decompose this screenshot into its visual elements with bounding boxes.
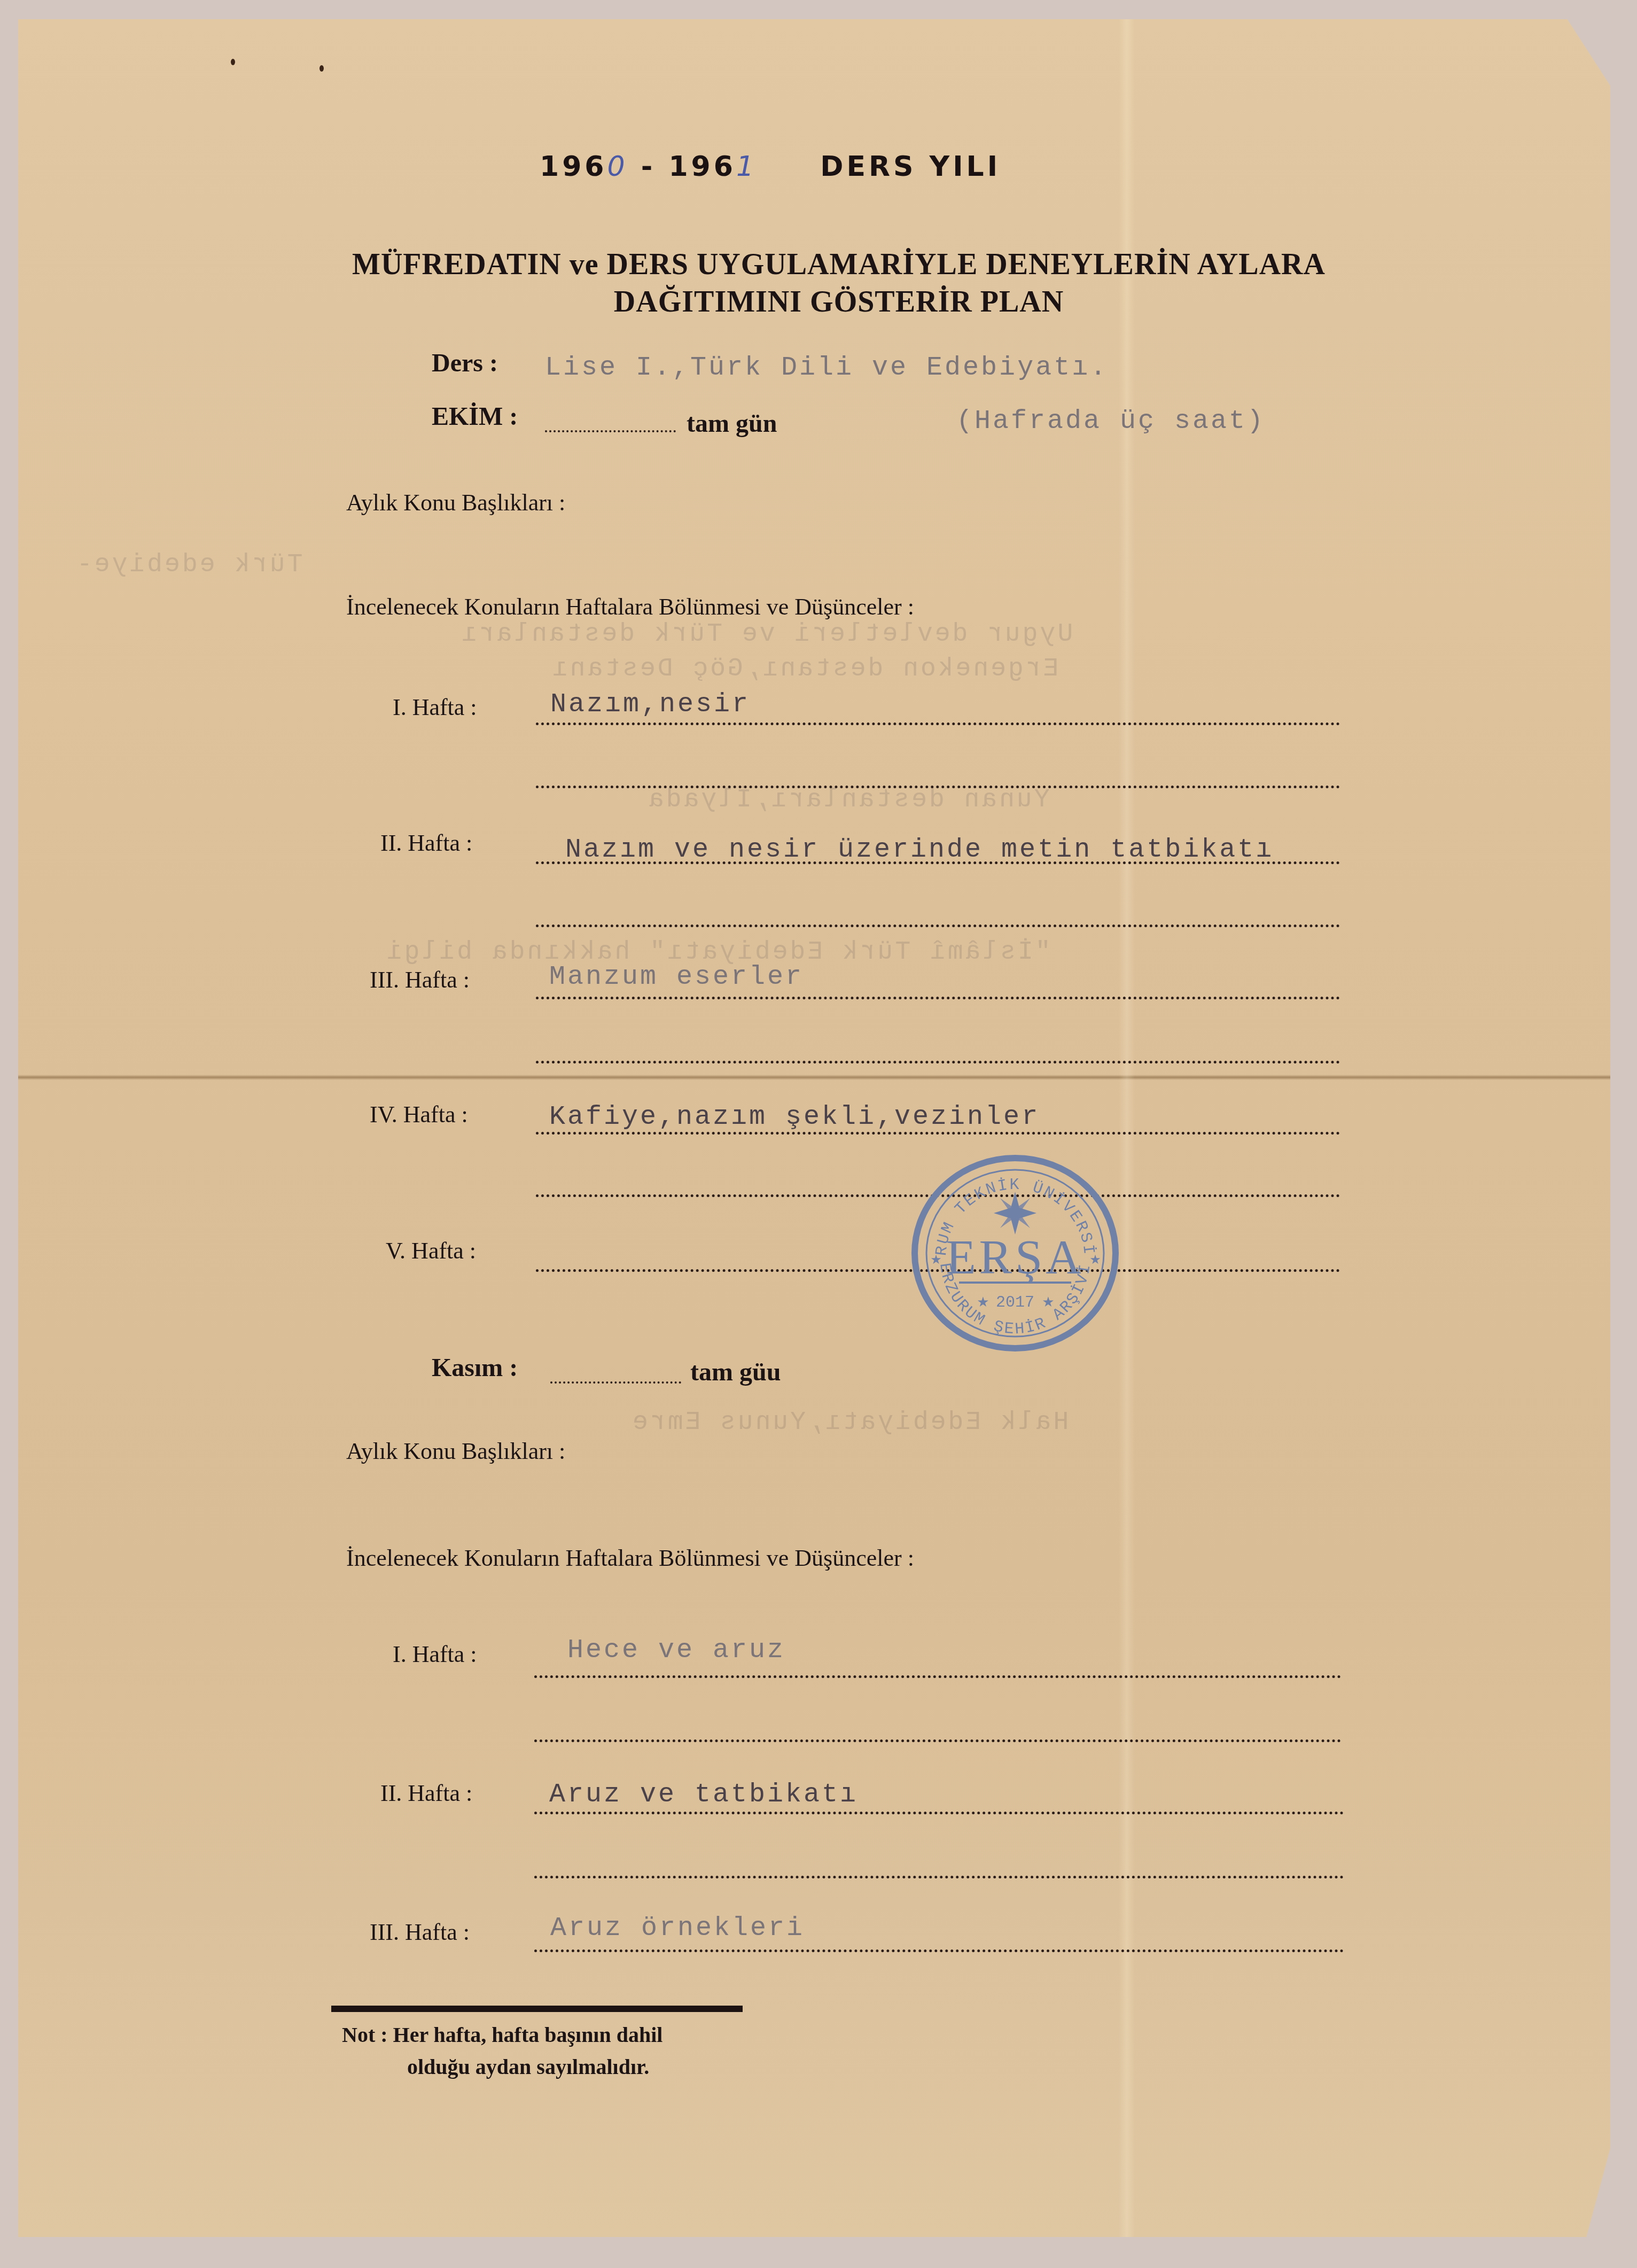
year-end-handwritten: 1 [736,151,757,183]
kasim-week-2-value: Aruz ve tatbikatı [549,1780,858,1810]
kasim-topics-label: Aylık Konu Başlıkları : [346,1438,565,1465]
ekim-week-2-value: Nazım ve nesir üzerinde metin tatbikatı [565,835,1274,865]
ekim-week-4-label: IV. Hafta : [370,1101,468,1128]
ekim-week-2-line-1[interactable] [536,861,1340,864]
svg-text:★: ★ [977,1294,989,1310]
kasim-week-1-line-1[interactable] [534,1675,1341,1678]
footnote-line-1: Not : Her hafta, hafta başının dahil [342,2019,662,2051]
ekim-week-3-line-2[interactable] [536,1061,1340,1063]
archive-stamp: ERZURUM TEKNİK ÜNİVERSİTESİ ERZURUM ŞEHİ… [908,1152,1122,1355]
kasim-days-field[interactable] [550,1381,681,1384]
ekim-days-label: tam gün [687,409,777,438]
kasim-week-3-label: III. Hafta : [370,1919,470,1946]
ekim-week-1-line-2[interactable] [536,786,1340,788]
ekim-topics-label: Aylık Konu Başlıkları : [346,489,565,516]
year-start-handwritten: 0 [607,151,628,183]
ekim-week-2-line-2[interactable] [536,925,1340,927]
kasim-days-label: tam güu [690,1357,781,1387]
ekim-days-field[interactable] [545,430,676,432]
academic-year-heading: 1960 - 1961 DERS YILI [540,151,1001,183]
ekim-weeks-label: İncelenecek Konuların Haftalara Bölünmes… [346,593,914,620]
ekim-hours-note: (Hafrada üç saat) [956,406,1265,437]
title-line-2: DAĞITIMINI GÖSTERİR PLAN [331,283,1346,321]
vertical-fold-crease [1119,19,1135,2237]
kasim-week-2-line-1[interactable] [534,1812,1344,1814]
stamp-seal-icon: ERZURUM TEKNİK ÜNİVERSİTESİ ERZURUM ŞEHİ… [908,1152,1122,1355]
ekim-week-3-value: Manzum eserler [549,962,804,992]
ekim-week-1-line-1[interactable] [536,723,1340,725]
ekim-week-1-label: I. Hafta : [393,694,477,721]
note-divider [331,2006,743,2012]
kasim-week-3-line-1[interactable] [534,1949,1344,1952]
svg-text:★: ★ [1089,1253,1101,1267]
kasim-week-1-label: I. Hafta : [393,1641,477,1668]
footnote-line-2: olduğu aydan sayılmalıdır. [342,2051,662,2083]
page-title: MÜFREDATIN ve DERS UYGULAMARİYLE DENEYLE… [331,246,1346,321]
kasim-week-2-line-2[interactable] [534,1876,1344,1878]
svg-text:ERŞA: ERŞA [946,1230,1084,1284]
bleed-through-text: Yunan destanları,İlyada [646,786,1050,814]
bleed-through-text: Ergenekon destanı,Göç Destanı [550,655,1058,683]
ekim-week-4-value: Kafiye,nazım şekli,vezinler [549,1102,1040,1132]
month-label-kasim: Kasım : [432,1353,518,1382]
bleed-through-text: Uygur devletleri ve Türk destanları [459,620,1073,649]
horizontal-fold-crease [18,1075,1610,1080]
svg-text:★: ★ [1042,1294,1054,1310]
bleed-through-text: Halk Edebiyatı,Yunus Emre [630,1408,1069,1437]
ekim-week-3-line-1[interactable] [536,997,1340,999]
year-suffix: DERS YILI [820,151,1001,183]
ekim-week-1-value: Nazım,nesir [550,689,750,720]
ink-speck [231,59,235,65]
bleed-through-text: Türk edebiye- [75,550,302,579]
kasim-week-1-value: Hece ve aruz [567,1635,785,1666]
month-label-ekim: EKİM : [432,402,518,431]
svg-text:★: ★ [930,1253,942,1267]
course-label: Ders : [432,348,498,378]
ink-speck [319,65,324,72]
kasim-week-2-label: II. Hafta : [380,1780,472,1807]
kasim-week-3-value: Aruz örnekleri [550,1913,805,1944]
svg-text:2017: 2017 [996,1294,1034,1312]
ekim-week-2-label: II. Hafta : [380,829,472,857]
kasim-weeks-label: İncelenecek Konuların Haftalara Bölünmes… [346,1544,914,1572]
year-end-printed: 196 [668,151,736,183]
year-separator: - [628,151,669,183]
footnote: Not : Her hafta, hafta başının dahil old… [342,2019,662,2083]
kasim-week-1-line-2[interactable] [534,1739,1341,1742]
year-start-printed: 196 [540,151,607,183]
ekim-week-4-line-1[interactable] [536,1132,1340,1135]
course-value: Lise I.,Türk Dili ve Edebiyatı. [545,353,1108,383]
title-line-1: MÜFREDATIN ve DERS UYGULAMARİYLE DENEYLE… [331,246,1346,283]
ekim-week-3-label: III. Hafta : [370,966,470,993]
ekim-week-5-label: V. Hafta : [386,1237,476,1264]
